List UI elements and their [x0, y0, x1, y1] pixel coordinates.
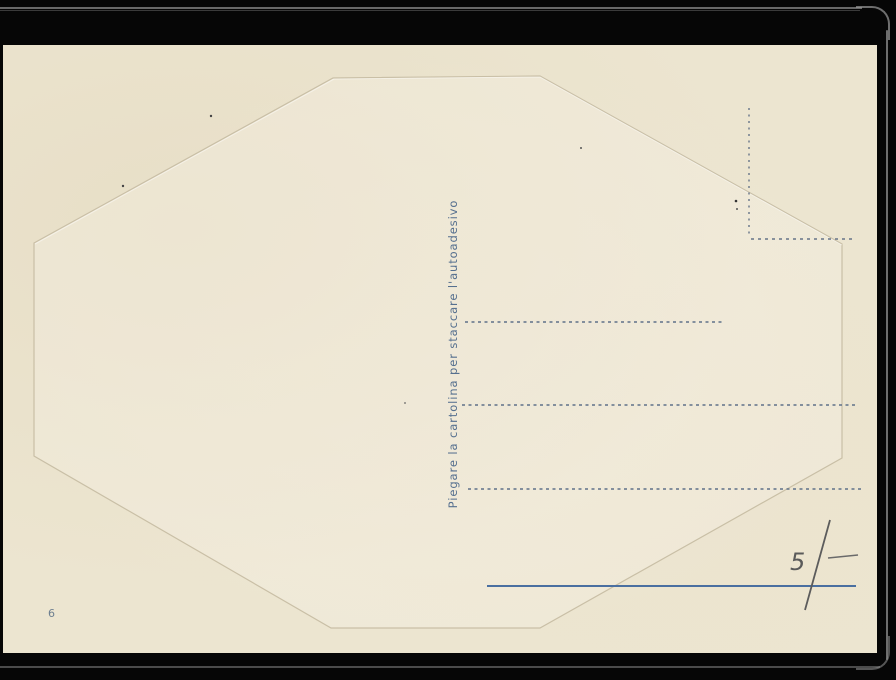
pencil-dash — [828, 555, 858, 558]
handwritten-price: 5 — [790, 548, 805, 576]
fold-instruction-text: Piegare la cartolina per staccare l'auto… — [446, 200, 460, 509]
sticker-octagon-outline — [34, 76, 842, 628]
pencil-slash — [805, 520, 830, 610]
page-number: 6 — [48, 607, 55, 620]
